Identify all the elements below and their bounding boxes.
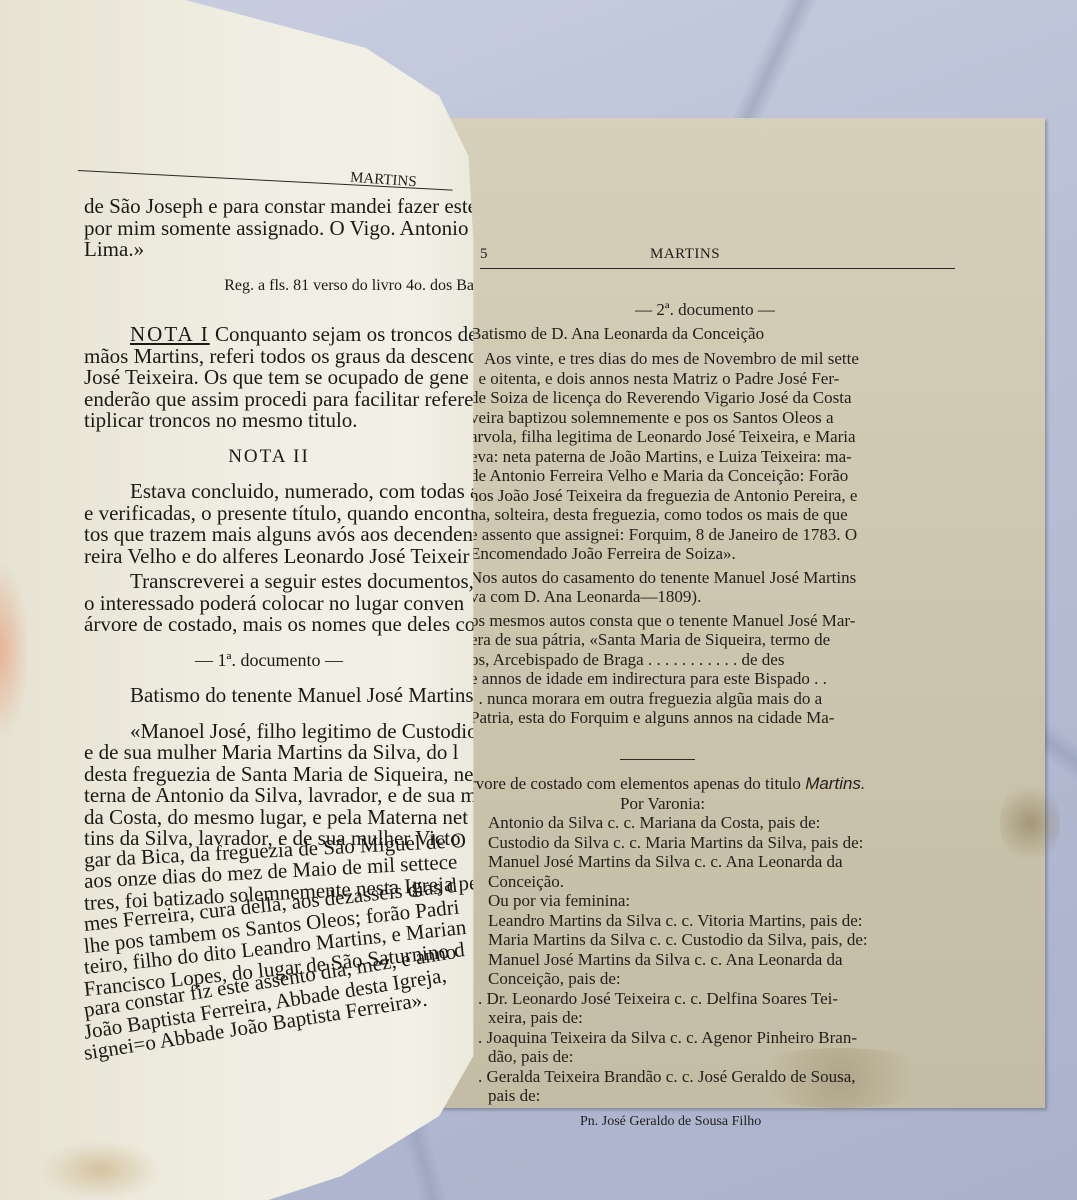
text-line: hos João José Teixeira da freguezia de A… <box>470 486 940 506</box>
tree-entry: Antonio da Silva c. c. Mariana da Costa,… <box>488 813 940 833</box>
right-running-head: 5 MARTINS <box>480 246 955 269</box>
text-line: enderão que assim procedi para facilitar… <box>84 389 484 411</box>
water-stain <box>1000 778 1060 868</box>
page-edge-tint <box>0 560 30 740</box>
page-number: 5 <box>480 246 488 263</box>
tree-entry: . Joaquina Teixeira da Silva c. c. Ageno… <box>478 1028 940 1048</box>
text-line: de Soiza de licença do Reverendo Vigario… <box>470 388 940 408</box>
tree-entry: Conceição. <box>488 872 940 892</box>
paternal-line-label: Por Varonia: <box>620 794 940 814</box>
family-tree-heading: rvore de costado com elementos apenas do… <box>470 774 940 794</box>
tree-entry: Manuel José Martins da Silva c. c. Ana L… <box>488 950 940 970</box>
text-line: na, solteira, desta freguezia, como todo… <box>470 505 940 525</box>
text-line: Estava concluido, numerado, com todas as <box>84 481 484 503</box>
tree-entry: Conceição, pais de: <box>488 969 940 989</box>
tree-entry: Leandro Martins da Silva c. c. Vitoria M… <box>488 911 940 931</box>
text-line: arvola, filha legitima de Leonardo José … <box>470 427 940 447</box>
text-line: tiplicar troncos no mesmo titulo. <box>84 410 484 432</box>
tree-entry: xeira, pais de: <box>488 1008 940 1028</box>
text-line: va com D. Ana Leonarda—1809). <box>470 587 940 607</box>
nota-1-label: NOTA I <box>130 322 210 346</box>
text-line: Patria, esta do Forquim e alguns annos n… <box>470 708 940 728</box>
text-line: , e oitenta, e dois annos nesta Matriz o… <box>470 369 940 389</box>
text-line: Transcreverei a seguir estes documentos, <box>84 571 484 593</box>
text-line: Conquanto sejam os troncos des <box>210 322 486 346</box>
document-2-subtitle: Batismo de D. Ana Leonarda da Conceição <box>470 324 940 344</box>
text-line: por mim somente assignado. O Vigo. Anton… <box>84 218 484 240</box>
text-line: . . nunca morara em outra freguezia algũ… <box>470 689 940 709</box>
text-line: e assento que assignei: Forquim, 8 de Ja… <box>470 525 940 545</box>
text-line: Aos vinte, e tres dias do mes de Novembr… <box>470 349 940 369</box>
left-running-head: MARTINS <box>349 170 417 192</box>
female-line-label: Ou por via feminina: <box>488 891 940 911</box>
document-2-title: — 2ª. documento — <box>470 300 940 320</box>
nota-1-first-line: NOTA I Conquanto sejam os troncos des <box>84 324 484 346</box>
text-line: José Teixeira. Os que tem se ocupado de … <box>84 367 484 389</box>
text-line: mãos Martins, referi todos os graus da d… <box>84 346 484 368</box>
document-2-paragraph-2: Nos autos do casamento do tenente Manuel… <box>470 568 940 607</box>
tree-heading-title-italic: Martins. <box>805 774 865 793</box>
text-line: os, Arcebispado de Braga . . . . . . . .… <box>470 650 940 670</box>
right-page-body: — 2ª. documento — Batismo de D. Ana Leon… <box>470 290 940 1131</box>
tree-heading-text: rvore de costado com elementos apenas do… <box>470 774 805 793</box>
text-line: «Manoel José, filho legitimo de Custodio… <box>84 721 484 743</box>
text-line: o interessado poderá colocar no lugar co… <box>84 593 484 615</box>
tree-entry: Maria Martins da Silva c. c. Custodio da… <box>488 930 940 950</box>
right-page: 5 MARTINS — 2ª. documento — Batismo de D… <box>440 118 1045 1108</box>
tree-entry: . Geralda Teixeira Brandão c. c. José Ge… <box>478 1067 940 1087</box>
tree-entry: Manuel José Martins da Silva c. c. Ana L… <box>488 852 940 872</box>
text-line: veira baptizou solemnemente e pos os San… <box>470 408 940 428</box>
text-line: terna de Antonio da Silva, lavrador, e d… <box>84 785 484 807</box>
register-note: Reg. a fls. 81 verso do livro 4o. dos Ba <box>84 275 484 297</box>
text-line: de Antonio Ferreira Velho e Maria da Con… <box>470 466 940 486</box>
tree-entry: . Dr. Leonardo José Teixeira c. c. Delfi… <box>478 989 940 1009</box>
text-line: Lima.» <box>84 239 484 261</box>
text-line: árvore de costado, mais os nomes que del… <box>84 614 484 636</box>
document-1-title: — 1ª. documento — <box>84 650 484 672</box>
tree-entry: pais de: <box>488 1086 940 1106</box>
text-line: eva: neta paterna de João Martins, e Lui… <box>470 447 940 467</box>
text-line: desta freguezia de Santa Maria de Siquei… <box>84 764 484 786</box>
text-line: de São Joseph e para constar mandei faze… <box>84 196 484 218</box>
text-line: reira Velho e do alferes Leonardo José T… <box>84 546 484 568</box>
text-line: Encomendado João Ferreira de Soiza». <box>470 544 940 564</box>
author-signature: Pn. José Geraldo de Sousa Filho <box>580 1112 940 1132</box>
text-line: era de sua pátria, «Santa Maria de Sique… <box>470 630 940 650</box>
text-line: e de sua mulher Maria Martins da Silva, … <box>84 742 484 764</box>
text-line: . <box>470 728 940 748</box>
tree-entry: dão, pais de: <box>488 1047 940 1067</box>
text-line: os mesmos autos consta que o tenente Man… <box>470 611 940 631</box>
document-1-subtitle: Batismo do tenente Manuel José Martins d <box>84 685 484 707</box>
running-head-title: MARTINS <box>650 246 720 263</box>
tree-entry: Custodio da Silva c. c. Maria Martins da… <box>488 833 940 853</box>
water-stain <box>40 1140 160 1200</box>
text-line: da Costa, do mesmo lugar, e pela Materna… <box>84 807 484 829</box>
text-line: Nos autos do casamento do tenente Manuel… <box>470 568 940 588</box>
document-2-paragraph-3: os mesmos autos consta que o tenente Man… <box>470 611 940 748</box>
document-2-paragraph-1: Aos vinte, e tres dias do mes de Novembr… <box>470 349 940 564</box>
nota-2-label: NOTA II <box>84 446 484 468</box>
text-line: e verificadas, o presente título, quando… <box>84 503 484 525</box>
text-line: e annos de idade em indirectura para est… <box>470 669 940 689</box>
section-divider <box>620 759 695 760</box>
left-page-body: de São Joseph e para constar mandei faze… <box>84 196 484 1065</box>
text-line: tos que trazem mais alguns avós aos dece… <box>84 524 484 546</box>
left-page: MARTINS de São Joseph e para constar man… <box>0 0 488 1200</box>
